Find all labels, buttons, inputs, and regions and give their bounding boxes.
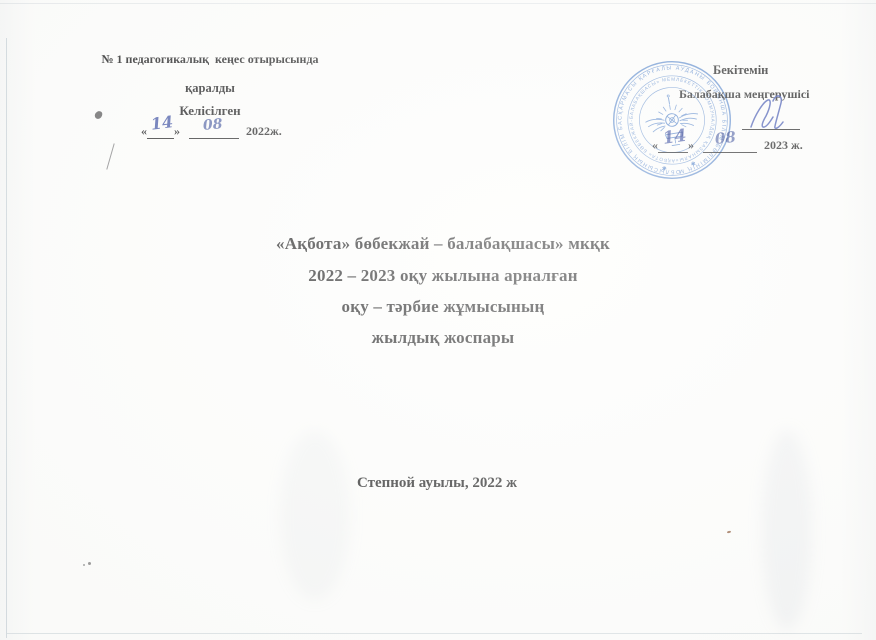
scan-smudge (280, 430, 350, 600)
title-line1: «Ақбота» бөбекжай – балабақшасы» мкқк (143, 234, 743, 254)
speck-artifact (83, 564, 85, 566)
title-line4: жылдық жоспары (143, 328, 743, 348)
title-line2: 2022 – 2023 оқу жылына арналған (143, 266, 743, 286)
pen-stroke-artifact (106, 143, 114, 169)
svg-text:14: 14 (150, 112, 174, 134)
left-year: 2022ж. (246, 124, 282, 139)
footer-place-year: Степной ауылы, 2022 ж (287, 475, 587, 492)
official-round-seal: ОБЛЫСЫНЫҢ БІЛІМ БАСҚАРМАСЫ ҚАРҒАЛЫ АУДАН… (594, 42, 750, 198)
seal-star-left: ✱ (662, 165, 668, 173)
handwritten-month-ink: 08 (189, 109, 239, 135)
left-day-blank: 14 (147, 125, 174, 139)
title-line3: оқу – тәрбие жұмысының (143, 297, 743, 317)
handwritten-day-ink: 14 (147, 109, 181, 135)
left-block-line1: № 1 педагогикалық кеңес отырысында (96, 52, 324, 67)
scan-edge-top (0, 3, 876, 4)
scanned-document-page: № 1 педагогикалық кеңес отырысында қарал… (0, 0, 876, 640)
seal-star-right: ✱ (690, 160, 696, 168)
left-block-line2: қаралды (96, 81, 324, 96)
kazakhstan-emblem-icon (642, 91, 702, 149)
left-month-blank: 08 (189, 125, 239, 139)
scan-smudge (762, 430, 812, 630)
scan-edge-left (6, 38, 7, 638)
right-year: 2023 ж. (764, 138, 803, 153)
svg-text:08: 08 (202, 116, 223, 134)
left-date-line: « 14 » 08 2022ж. (141, 124, 282, 139)
speck-artifact (88, 562, 91, 565)
speck-artifact (727, 531, 731, 534)
scan-edge-bottom (7, 633, 862, 634)
